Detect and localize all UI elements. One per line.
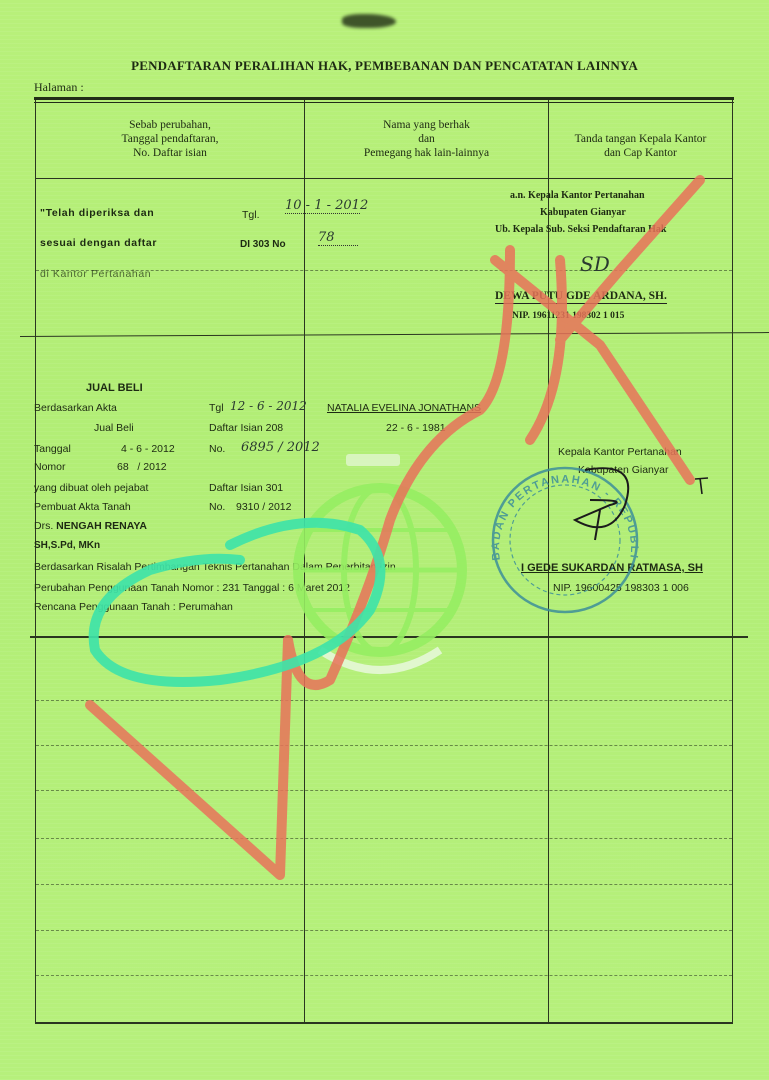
svg-text:BADAN PERTANAHAN - REPUBLIK IN: BADAN PERTANAHAN - REPUBLIK INDONESIA (0, 0, 640, 561)
stamp-text: BADAN PERTANAHAN - REPUBLIK INDONESIA (0, 0, 640, 561)
annotations-layer: BADAN PERTANAHAN - REPUBLIK INDONESIA (0, 0, 769, 1080)
signature-tick (695, 478, 708, 494)
red-marker-annotation (90, 180, 700, 875)
